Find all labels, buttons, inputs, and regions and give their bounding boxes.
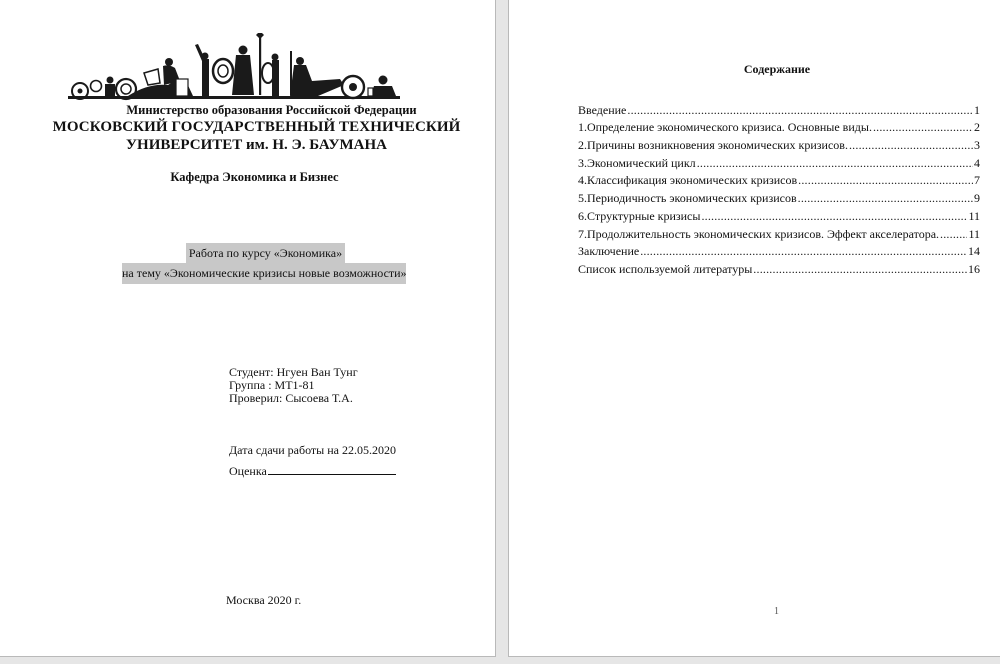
toc-entry-label: 4.Классификация экономических кризисов: [578, 173, 797, 187]
toc-entry-label: Список используемой литературы: [578, 262, 752, 276]
university-name-line2: УНИВЕРСИТЕТ им. Н. Э. БАУМАНА: [18, 137, 495, 154]
toc-entry-label: 6.Структурные кризисы: [578, 209, 700, 223]
toc-entry[interactable]: Введение1: [578, 99, 980, 117]
toc-entry-page: 2: [974, 120, 980, 134]
contents-heading: Содержание: [554, 62, 1000, 77]
toc-entry-page: 1: [974, 103, 980, 117]
toc-dot-leader: [697, 156, 973, 170]
toc-entry-page: 4: [974, 156, 980, 170]
toc-dot-leader: [849, 138, 973, 152]
toc-entry-label: Заключение: [578, 244, 639, 258]
table-of-contents: Введение11.Определение экономического кр…: [578, 99, 980, 276]
toc-entry-page: 9: [974, 191, 980, 205]
grade-line: Оценка: [229, 464, 396, 478]
toc-entry-page: 16: [968, 262, 980, 276]
city-year: Москва 2020 г.: [226, 593, 301, 608]
toc-entry-label: 1.Определение экономического кризиса. Ос…: [578, 120, 872, 134]
toc-entry-page: 3: [974, 138, 980, 152]
toc-dot-leader: [873, 120, 973, 134]
grade-blank-underline: [268, 464, 396, 475]
toc-entry[interactable]: 2.Причины возникновения экономических кр…: [578, 134, 980, 152]
toc-entry-label: 2.Причины возникновения экономических кр…: [578, 138, 848, 152]
title-page: Министерство образования Российской Феде…: [0, 0, 496, 657]
toc-dot-leader: [798, 173, 973, 187]
toc-dot-leader: [940, 227, 967, 241]
grade-label: Оценка: [229, 464, 267, 478]
ministry-name: Министерство образования Российской Феде…: [48, 103, 495, 118]
toc-entry[interactable]: Список используемой литературы16: [578, 258, 980, 276]
toc-entry-label: 5.Периодичность экономических кризисов: [578, 191, 797, 205]
toc-entry-label: Введение: [578, 103, 626, 117]
toc-entry[interactable]: 6.Структурные кризисы11: [578, 205, 980, 223]
toc-entry[interactable]: 7.Продолжительность экономических кризис…: [578, 223, 980, 241]
toc-entry[interactable]: 4.Классификация экономических кризисов7: [578, 170, 980, 188]
submission-date-line: Дата сдачи работы на 22.05.2020: [229, 444, 396, 457]
toc-dot-leader: [640, 244, 967, 258]
toc-entry[interactable]: 5.Периодичность экономических кризисов9: [578, 187, 980, 205]
toc-dot-leader: [753, 262, 967, 276]
toc-entry-page: 7: [974, 173, 980, 187]
work-course-highlighted[interactable]: Работа по курсу «Экономика»: [186, 243, 345, 263]
toc-entry-label: 7.Продолжительность экономических кризис…: [578, 227, 939, 241]
toc-entry[interactable]: 3.Экономический цикл4: [578, 152, 980, 170]
department-name: Кафедра Экономика и Бизнес: [14, 170, 495, 185]
university-logo-icon: [68, 33, 400, 103]
work-topic-highlighted[interactable]: на тему «Экономические кризисы новые воз…: [122, 263, 406, 284]
toc-entry-page: 11: [968, 209, 980, 223]
contents-page: Содержание Введение11.Определение эконом…: [508, 0, 1000, 657]
toc-entry[interactable]: 1.Определение экономического кризиса. Ос…: [578, 117, 980, 135]
toc-dot-leader: [627, 103, 973, 117]
university-name-line1: МОСКОВСКИЙ ГОСУДАРСТВЕННЫЙ ТЕХНИЧЕСКИЙ: [18, 119, 495, 136]
toc-entry-page: 14: [968, 244, 980, 258]
page-number: 1: [774, 606, 779, 617]
toc-dot-leader: [798, 191, 973, 205]
toc-dot-leader: [701, 209, 967, 223]
toc-entry[interactable]: Заключение14: [578, 241, 980, 259]
toc-entry-label: 3.Экономический цикл: [578, 156, 696, 170]
checker-line: Проверил: Сысоева Т.А.: [229, 392, 353, 405]
toc-entry-page: 11: [968, 227, 980, 241]
